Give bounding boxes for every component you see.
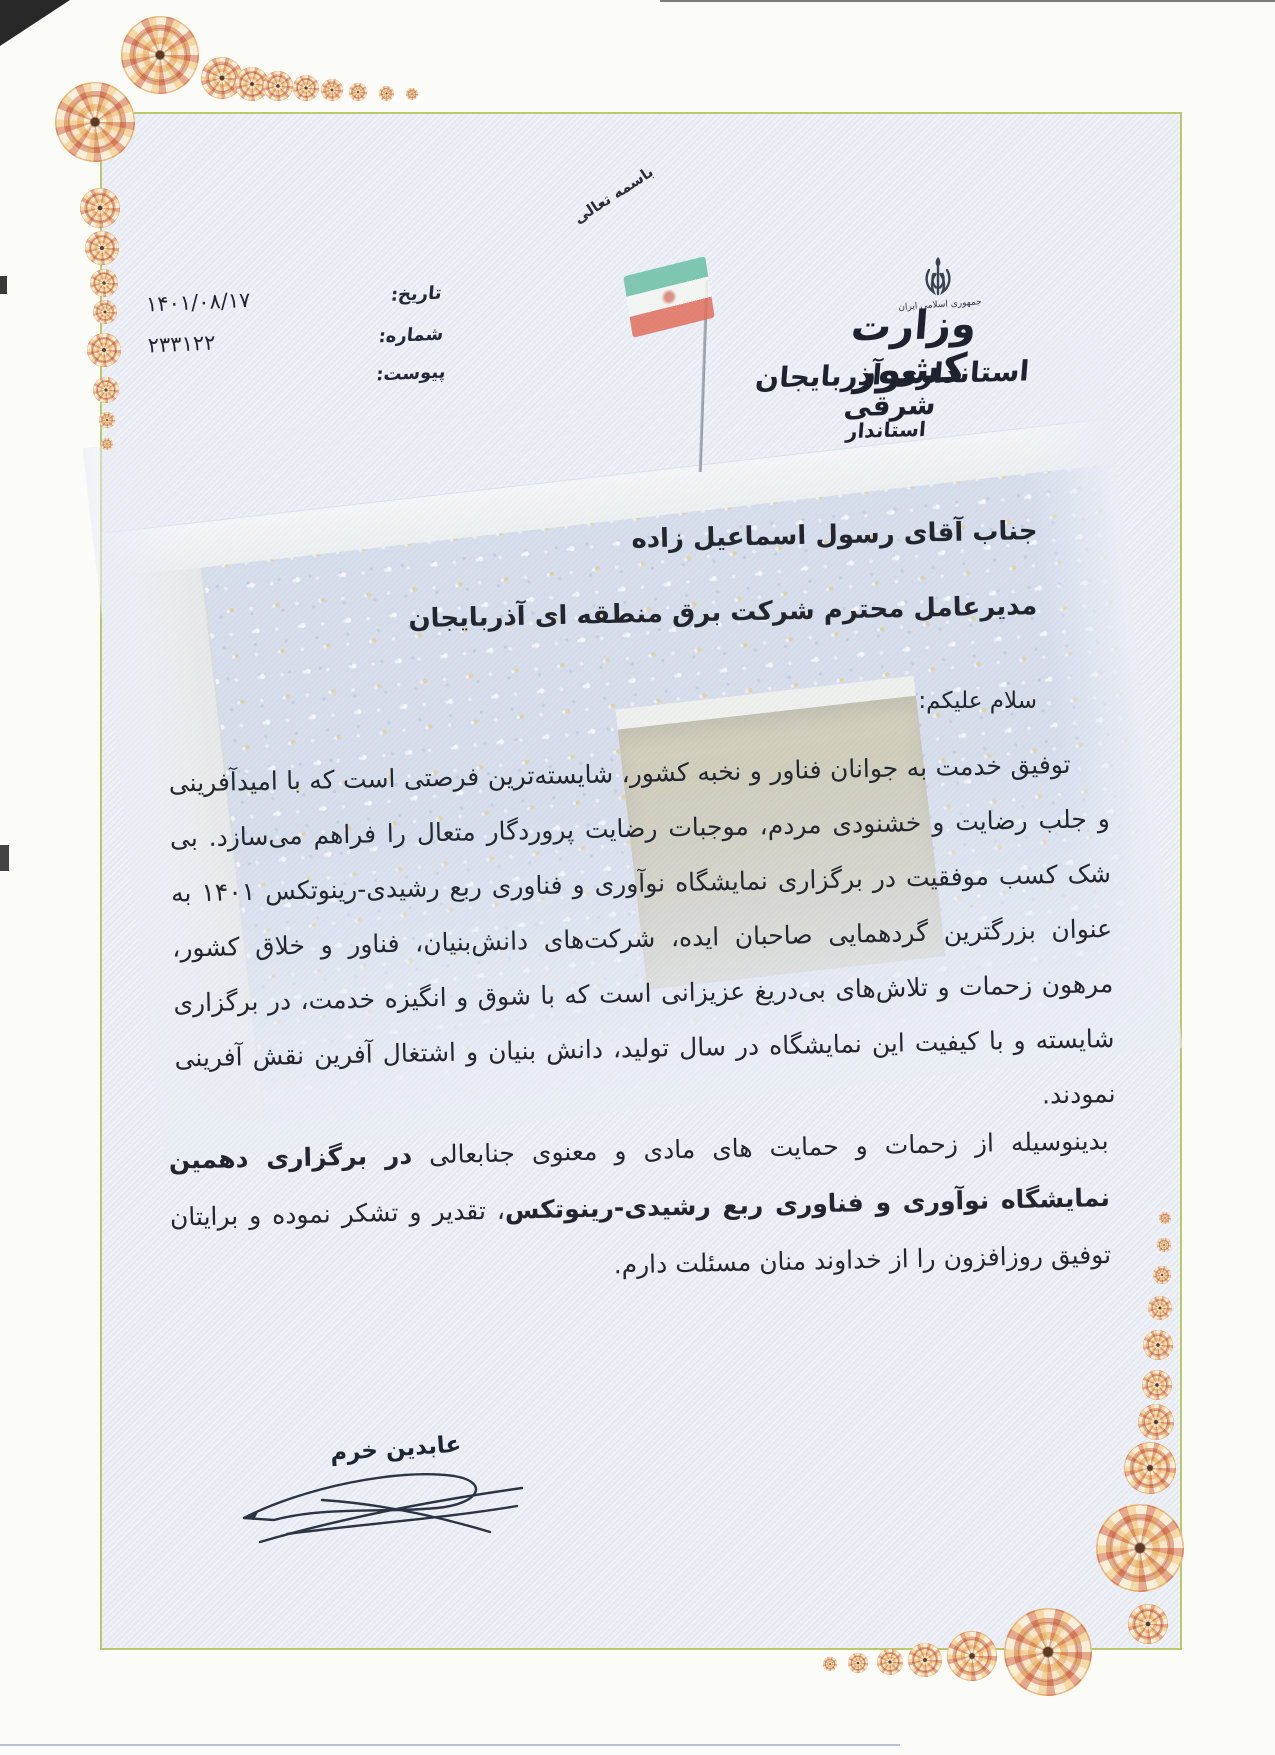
ornament-rosette — [201, 57, 243, 99]
number-label: شماره: — [378, 323, 445, 347]
letter-meta-block: تاریخ: ۱۴۰۱/۰۸/۱۷ شماره: ۲۳۳۱۲۲ پیوست: — [146, 280, 447, 413]
ornament-rosette — [235, 67, 269, 101]
ornament-rosette — [349, 83, 367, 101]
scan-edge-artifact — [0, 845, 9, 871]
scanned-letter-page: باسمه تعالی جمهوری اسلامی ایران وزارت کش… — [0, 0, 1275, 1755]
ornament-rosette — [321, 79, 343, 101]
text-segment: بدینوسیله از زحمات و حمایت های مادی و مع… — [412, 1126, 1109, 1170]
ornament-rosette — [406, 88, 418, 100]
ornament-rosette — [293, 75, 319, 101]
ornament-rosette — [823, 1657, 837, 1671]
governorate-title: استانداری آذربایجان شرقی — [709, 355, 1073, 426]
ornament-rosette — [379, 86, 394, 101]
national-emblem-icon — [921, 254, 955, 302]
scan-edge-artifact — [0, 0, 70, 46]
scan-edge-artifact — [0, 276, 7, 294]
meta-attachment-row: پیوست: — [149, 362, 446, 396]
ornament-rosette — [263, 71, 293, 101]
meta-number-row: شماره: ۲۳۳۱۲۲ — [147, 321, 444, 358]
attachment-label: پیوست: — [375, 361, 446, 385]
governor-subtitle: استاندار — [829, 417, 943, 444]
signature-scribble — [232, 1446, 532, 1580]
scan-edge-artifact — [660, 0, 1275, 2]
flag-emblem-icon — [660, 287, 678, 307]
ornament-rosette — [877, 1649, 903, 1675]
salutation: سلام علیکم: — [918, 688, 1037, 714]
body-paragraph-1: توفیق خدمت به جوانان فناور و نخبه کشور، … — [168, 736, 1116, 1141]
scan-edge-artifact — [0, 1744, 900, 1746]
ornament-rosette — [848, 1653, 868, 1673]
number-value: ۲۳۳۱۲۲ — [147, 331, 216, 358]
date-label: تاریخ: — [390, 283, 443, 306]
body-paragraph-2: بدینوسیله از زحمات و حمایت های مادی و مع… — [168, 1112, 1111, 1303]
ornament-rosette — [121, 16, 199, 94]
date-value: ۱۴۰۱/۰۸/۱۷ — [146, 288, 251, 317]
